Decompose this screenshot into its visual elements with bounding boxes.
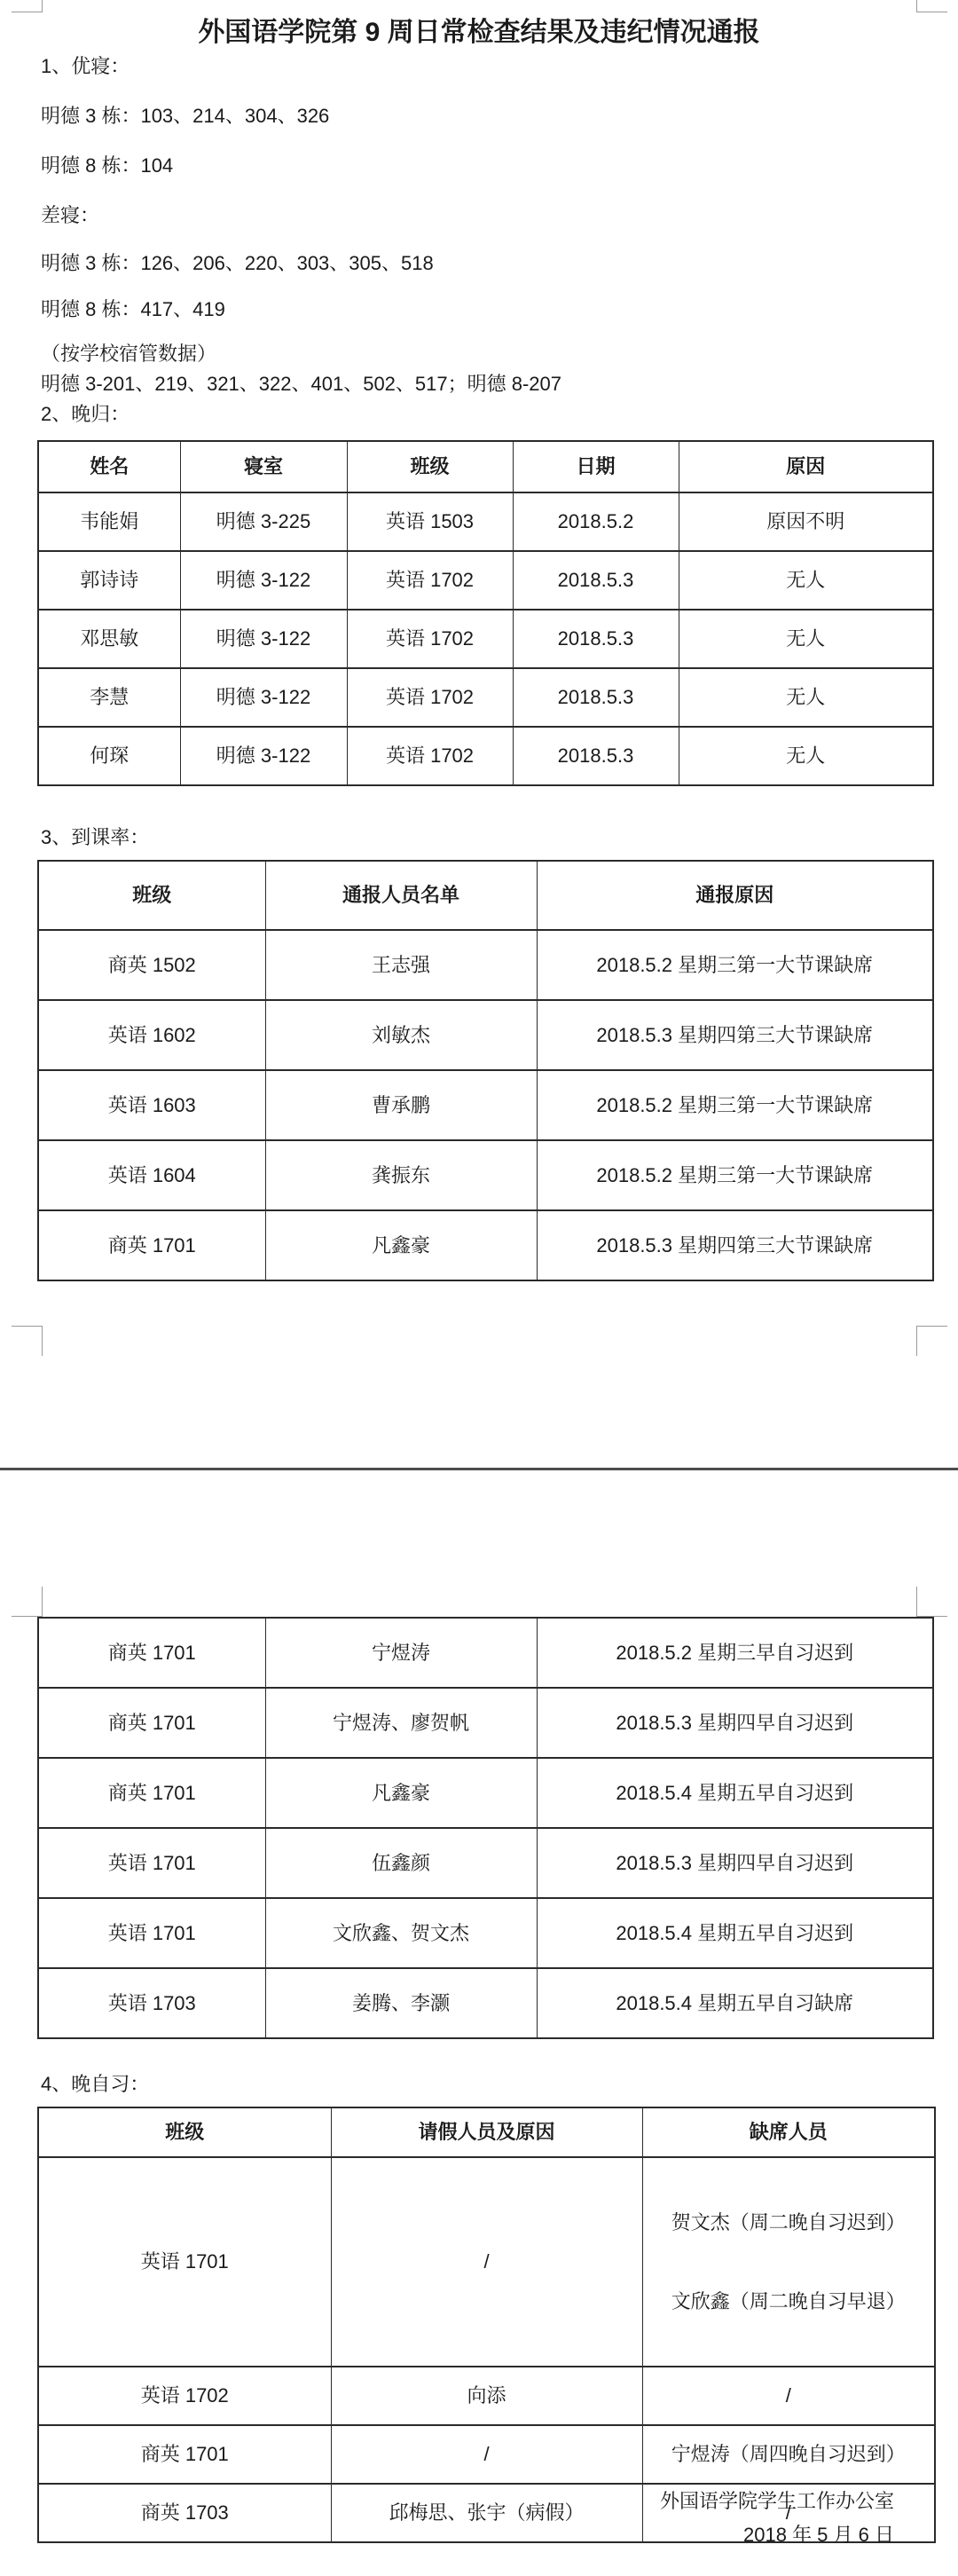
column-header-students: 通报人员名单 xyxy=(265,861,537,930)
page-break-separator xyxy=(0,1468,958,1470)
cell-students: 凡鑫豪 xyxy=(265,1758,537,1828)
table-row: 商英 1502 王志强 2018.5.2 星期三第一大节课缺席 xyxy=(38,930,933,1000)
cell-class: 英语 1703 xyxy=(38,1968,265,2038)
table-row: 邓思敏 明德 3-122 英语 1702 2018.5.3 无人 xyxy=(38,610,933,668)
document-title: 外国语学院第 9 周日常检查结果及违纪情况通报 xyxy=(0,19,958,47)
table-row: 英语 1702 向添 / xyxy=(38,2367,935,2425)
page1-top-left-margin-mark xyxy=(12,0,43,12)
cell-name: 李慧 xyxy=(38,668,180,727)
cell-students: 曹承鹏 xyxy=(265,1070,537,1140)
cell-reason: 2018.5.4 星期五早自习迟到 xyxy=(537,1758,933,1828)
column-header-class: 班级 xyxy=(38,2107,331,2157)
cell-class: 英语 1701 xyxy=(38,1898,265,1968)
cell-name: 郭诗诗 xyxy=(38,551,180,610)
section1-bad-heading: 差寝： xyxy=(41,205,99,226)
cell-reason: 无人 xyxy=(679,610,933,668)
column-header-date: 日期 xyxy=(513,441,679,492)
cell-absent: 贺文杰（周二晚自习迟到） 文欣鑫（周二晚自习早退） xyxy=(642,2157,935,2367)
page2-top-right-margin-mark xyxy=(916,1587,947,1617)
cell-name: 邓思敏 xyxy=(38,610,180,668)
cell-class: 英语 1702 xyxy=(347,551,513,610)
section1-bad-line1: 明德 3 栋：126、206、220、303、305、518 xyxy=(41,253,434,274)
cell-class: 英语 1702 xyxy=(347,610,513,668)
cell-date: 2018.5.3 xyxy=(513,727,679,785)
cell-class: 商英 1502 xyxy=(38,930,265,1000)
cell-absent: / xyxy=(642,2367,935,2425)
cell-dorm: 明德 3-225 xyxy=(180,492,347,551)
cell-reason: 2018.5.3 星期四早自习迟到 xyxy=(537,1688,933,1758)
cell-class: 商英 1701 xyxy=(38,1688,265,1758)
cell-reason: 2018.5.3 星期四第三大节课缺席 xyxy=(537,1210,933,1280)
cell-students: 姜腾、李灏 xyxy=(265,1968,537,2038)
attendance-table-page1: 班级 通报人员名单 通报原因 商英 1502 王志强 2018.5.2 星期三第… xyxy=(37,860,934,1281)
attendance-table-continued: 商英 1701 宁煜涛 2018.5.2 星期三早自习迟到 商英 1701 宁煜… xyxy=(37,1617,934,2039)
cell-students: 刘敏杰 xyxy=(265,1000,537,1070)
cell-dorm: 明德 3-122 xyxy=(180,727,347,785)
cell-class: 英语 1702 xyxy=(38,2367,331,2425)
cell-reason: 无人 xyxy=(679,551,933,610)
column-header-class: 班级 xyxy=(347,441,513,492)
evening-study-table: 班级 请假人员及原因 缺席人员 英语 1701 / 贺文杰（周二晚自习迟到） 文… xyxy=(37,2107,936,2543)
table-row: 韦能娟 明德 3-225 英语 1503 2018.5.2 原因不明 xyxy=(38,492,933,551)
cell-reason: 原因不明 xyxy=(679,492,933,551)
table-row: 郭诗诗 明德 3-122 英语 1702 2018.5.3 无人 xyxy=(38,551,933,610)
section1-heading: 1、优寝： xyxy=(41,56,130,77)
section1-good-line2: 明德 8 栋：104 xyxy=(41,155,173,177)
cell-reason: 2018.5.2 星期三第一大节课缺席 xyxy=(537,1140,933,1210)
cell-class: 英语 1503 xyxy=(347,492,513,551)
cell-reason: 2018.5.2 星期三第一大节课缺席 xyxy=(537,930,933,1000)
cell-absent: 宁煜涛（周四晚自习迟到） xyxy=(642,2425,935,2484)
table-row: 商英 1701 凡鑫豪 2018.5.3 星期四第三大节课缺席 xyxy=(38,1210,933,1280)
cell-students: 凡鑫豪 xyxy=(265,1210,537,1280)
section2-heading: 2、晚归： xyxy=(41,404,130,425)
table-row: 商英 1701 宁煜涛、廖贺帆 2018.5.3 星期四早自习迟到 xyxy=(38,1688,933,1758)
section1-note-detail: 明德 3-201、219、321、322、401、502、517；明德 8-20… xyxy=(41,374,561,395)
cell-class: 英语 1604 xyxy=(38,1140,265,1210)
cell-class: 商英 1701 xyxy=(38,1758,265,1828)
cell-students: 文欣鑫、贺文杰 xyxy=(265,1898,537,1968)
section3-heading: 3、到课率： xyxy=(41,827,149,848)
cell-leave: / xyxy=(331,2157,642,2367)
cell-students: 伍鑫颜 xyxy=(265,1828,537,1898)
cell-reason: 2018.5.2 星期三早自习迟到 xyxy=(537,1618,933,1688)
cell-class: 英语 1602 xyxy=(38,1000,265,1070)
section4-heading: 4、晚自习： xyxy=(41,2074,149,2095)
cell-reason: 2018.5.4 星期五早自习迟到 xyxy=(537,1898,933,1968)
cell-reason: 2018.5.3 星期四早自习迟到 xyxy=(537,1828,933,1898)
cell-date: 2018.5.3 xyxy=(513,610,679,668)
cell-class: 英语 1701 xyxy=(38,2157,331,2367)
table-row: 英语 1603 曹承鹏 2018.5.2 星期三第一大节课缺席 xyxy=(38,1070,933,1140)
table-row: 李慧 明德 3-122 英语 1702 2018.5.3 无人 xyxy=(38,668,933,727)
cell-class: 英语 1702 xyxy=(347,727,513,785)
table-row: 商英 1701 / 宁煜涛（周四晚自习迟到） xyxy=(38,2425,935,2484)
section1-good-line1: 明德 3 栋：103、214、304、326 xyxy=(41,106,329,127)
cell-class: 商英 1701 xyxy=(38,2425,331,2484)
column-header-dorm: 寝室 xyxy=(180,441,347,492)
table-header-row: 姓名 寝室 班级 日期 原因 xyxy=(38,441,933,492)
cell-class: 英语 1702 xyxy=(347,668,513,727)
page2-top-left-margin-mark xyxy=(12,1587,43,1617)
column-header-absent: 缺席人员 xyxy=(642,2107,935,2157)
cell-reason: 2018.5.3 星期四第三大节课缺席 xyxy=(537,1000,933,1070)
cell-dorm: 明德 3-122 xyxy=(180,668,347,727)
table-row: 英语 1701 伍鑫颜 2018.5.3 星期四早自习迟到 xyxy=(38,1828,933,1898)
section1-bad-line2: 明德 8 栋：417、419 xyxy=(41,299,225,320)
cell-class: 商英 1701 xyxy=(38,1210,265,1280)
cell-students: 宁煜涛、廖贺帆 xyxy=(265,1688,537,1758)
cell-reason: 2018.5.2 星期三第一大节课缺席 xyxy=(537,1070,933,1140)
cell-class: 英语 1701 xyxy=(38,1828,265,1898)
table-row: 英语 1604 龚振东 2018.5.2 星期三第一大节课缺席 xyxy=(38,1140,933,1210)
cell-name: 韦能娟 xyxy=(38,492,180,551)
section1-note: （按学校宿管数据） xyxy=(41,343,216,365)
cell-reason: 无人 xyxy=(679,668,933,727)
page1-bottom-left-margin-mark xyxy=(12,1326,43,1356)
table-row: 英语 1701 / 贺文杰（周二晚自习迟到） 文欣鑫（周二晚自习早退） xyxy=(38,2157,935,2367)
table-row: 商英 1701 宁煜涛 2018.5.2 星期三早自习迟到 xyxy=(38,1618,933,1688)
cell-leave: 向添 xyxy=(331,2367,642,2425)
cell-class: 商英 1701 xyxy=(38,1618,265,1688)
footer-office: 外国语学院学生工作办公室 xyxy=(660,2490,894,2513)
table-row: 商英 1701 凡鑫豪 2018.5.4 星期五早自习迟到 xyxy=(38,1758,933,1828)
cell-reason: 无人 xyxy=(679,727,933,785)
absent-line-1: 贺文杰（周二晚自习迟到） xyxy=(643,2208,935,2237)
column-header-leave: 请假人员及原因 xyxy=(331,2107,642,2157)
table-row: 英语 1703 姜腾、李灏 2018.5.4 星期五早自习缺席 xyxy=(38,1968,933,2038)
table-row: 英语 1701 文欣鑫、贺文杰 2018.5.4 星期五早自习迟到 xyxy=(38,1898,933,1968)
cell-date: 2018.5.2 xyxy=(513,492,679,551)
late-return-table: 姓名 寝室 班级 日期 原因 韦能娟 明德 3-225 英语 1503 2018… xyxy=(37,440,934,786)
column-header-reason: 原因 xyxy=(679,441,933,492)
cell-leave: 邱梅思、张宇（病假） xyxy=(331,2484,642,2542)
table-header-row: 班级 请假人员及原因 缺席人员 xyxy=(38,2107,935,2157)
cell-name: 何琛 xyxy=(38,727,180,785)
page1-top-right-margin-mark xyxy=(916,0,947,12)
column-header-reason: 通报原因 xyxy=(537,861,933,930)
table-row: 英语 1602 刘敏杰 2018.5.3 星期四第三大节课缺席 xyxy=(38,1000,933,1070)
cell-dorm: 明德 3-122 xyxy=(180,551,347,610)
cell-reason: 2018.5.4 星期五早自习缺席 xyxy=(537,1968,933,2038)
cell-leave: / xyxy=(331,2425,642,2484)
cell-class: 商英 1703 xyxy=(38,2484,331,2542)
cell-students: 龚振东 xyxy=(265,1140,537,1210)
page1-bottom-right-margin-mark xyxy=(916,1326,947,1356)
cell-dorm: 明德 3-122 xyxy=(180,610,347,668)
absent-line-2: 文欣鑫（周二晚自习早退） xyxy=(643,2287,935,2316)
column-header-name: 姓名 xyxy=(38,441,180,492)
footer-date: 2018 年 5 月 6 日 xyxy=(743,2524,894,2547)
document-page: 外国语学院第 9 周日常检查结果及违纪情况通报 1、优寝： 明德 3 栋：103… xyxy=(0,0,958,2576)
cell-date: 2018.5.3 xyxy=(513,551,679,610)
cell-students: 王志强 xyxy=(265,930,537,1000)
cell-date: 2018.5.3 xyxy=(513,668,679,727)
table-row: 何琛 明德 3-122 英语 1702 2018.5.3 无人 xyxy=(38,727,933,785)
cell-class: 英语 1603 xyxy=(38,1070,265,1140)
cell-students: 宁煜涛 xyxy=(265,1618,537,1688)
table-header-row: 班级 通报人员名单 通报原因 xyxy=(38,861,933,930)
column-header-class: 班级 xyxy=(38,861,265,930)
